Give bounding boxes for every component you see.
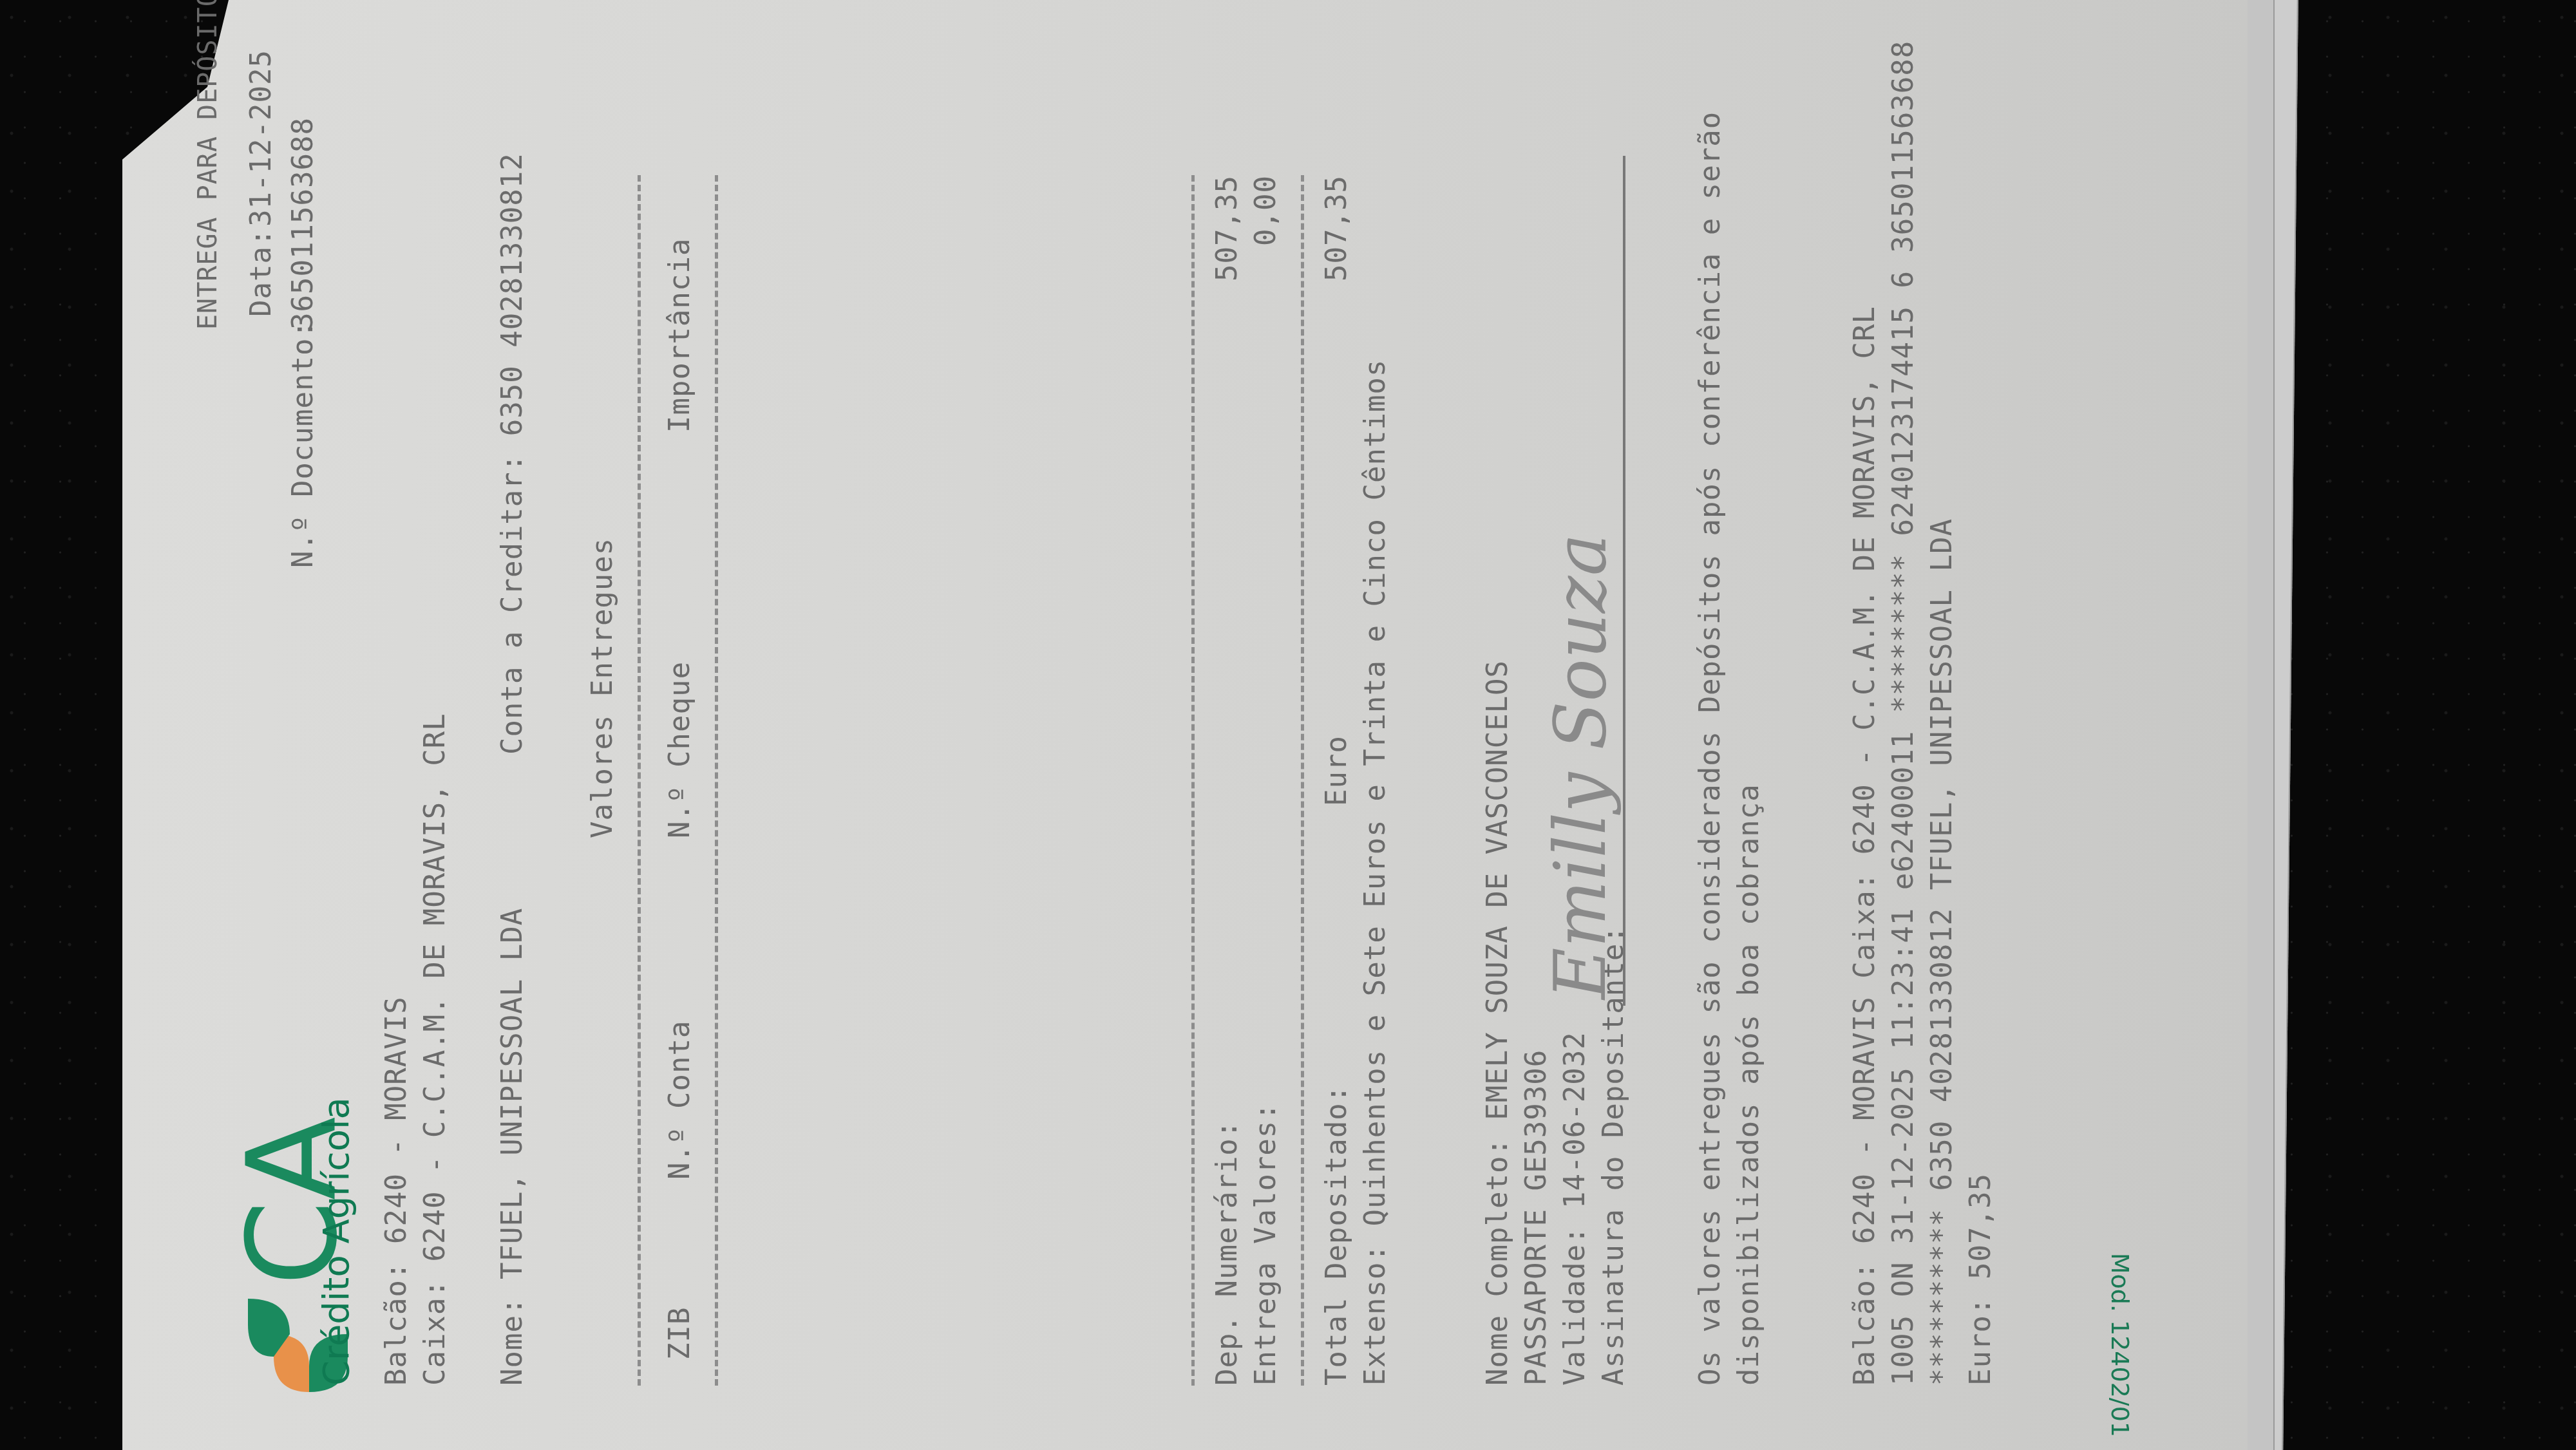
- totals-bottom-rule: [1301, 175, 1304, 1386]
- date-value: 31-12-2025: [245, 50, 278, 227]
- date-label: Data:: [245, 229, 278, 317]
- amount-in-words: Extenso: Quinhentos e Sete Euros e Trint…: [1359, 359, 1392, 1386]
- table-header-rule: [715, 175, 718, 1386]
- currency: Euro: [1320, 735, 1353, 806]
- account-line: Conta a Creditar: 6350 40281330812: [496, 153, 529, 755]
- notice-line-1: Os valores entregues são considerados De…: [1694, 111, 1727, 1386]
- depositor-full-name: Nome Completo: EMELY SOUZA DE VASCONCELO…: [1481, 660, 1514, 1386]
- depositor-id-validity: Validade: 14-06-2032: [1558, 1031, 1591, 1386]
- validation-line-3: ********** 6350 40281330812 TFUEL, UNIPE…: [1926, 518, 1958, 1386]
- signature-line: [1623, 156, 1625, 1006]
- table-top-rule: [638, 175, 641, 1386]
- validation-line-4: Euro: 507,35: [1964, 1173, 1997, 1386]
- deposit-slip: CA Crédito Agrícola ENTREGA PARA DEPÓSIT…: [122, 0, 2248, 1450]
- depositor-id: PASSAPORTE GE539306: [1520, 1050, 1553, 1386]
- column-header-amount: Importância: [663, 238, 696, 433]
- values-section-title: Valores Entregues: [586, 538, 619, 838]
- doc-number-label: N.º Documento:: [287, 320, 319, 568]
- values-delivered-value: 0,00: [1249, 175, 1282, 355]
- cash-deposit-label: Dep. Numerário:: [1211, 1120, 1244, 1386]
- column-header-account-number: N.º Conta: [663, 1021, 696, 1180]
- total-deposited-value: 507,35: [1320, 175, 1353, 355]
- name-line: Nome: TFUEL, UNIPESSOAL LDA: [496, 908, 529, 1386]
- brand-name: Crédito Agrícola: [316, 1097, 357, 1386]
- validation-line-1: Balcão: 6240 - MORAVIS Caixa: 6240 - C.C…: [1848, 306, 1881, 1386]
- values-delivered-label: Entrega Valores:: [1249, 1102, 1282, 1386]
- branch-line: Balcão: 6240 - MORAVIS: [380, 996, 413, 1386]
- validation-line-2: 1005 ON 31-12-2025 11:23:41 e62400011 **…: [1887, 41, 1920, 1386]
- cashier-line: Caixa: 6240 - C.C.A.M. DE MORAVIS, CRL: [419, 713, 451, 1386]
- notice-line-2: disponibilizados após boa cobrança: [1732, 784, 1765, 1386]
- doc-number-value: 365011563688: [287, 117, 319, 330]
- form-code: Mod. 12402/01: [2106, 1253, 2134, 1437]
- column-header-cheque-number: N.º Cheque: [663, 661, 696, 838]
- depositor-signature: Emilly Souza: [1539, 534, 1622, 999]
- document-type-title: ENTREGA PARA DEPÓSITO: [193, 0, 223, 330]
- cash-deposit-value: 507,35: [1211, 175, 1244, 355]
- totals-top-rule: [1191, 175, 1195, 1386]
- total-deposited-label: Total Depositado:: [1320, 1085, 1353, 1386]
- column-header-zib: ZIB: [663, 1307, 696, 1360]
